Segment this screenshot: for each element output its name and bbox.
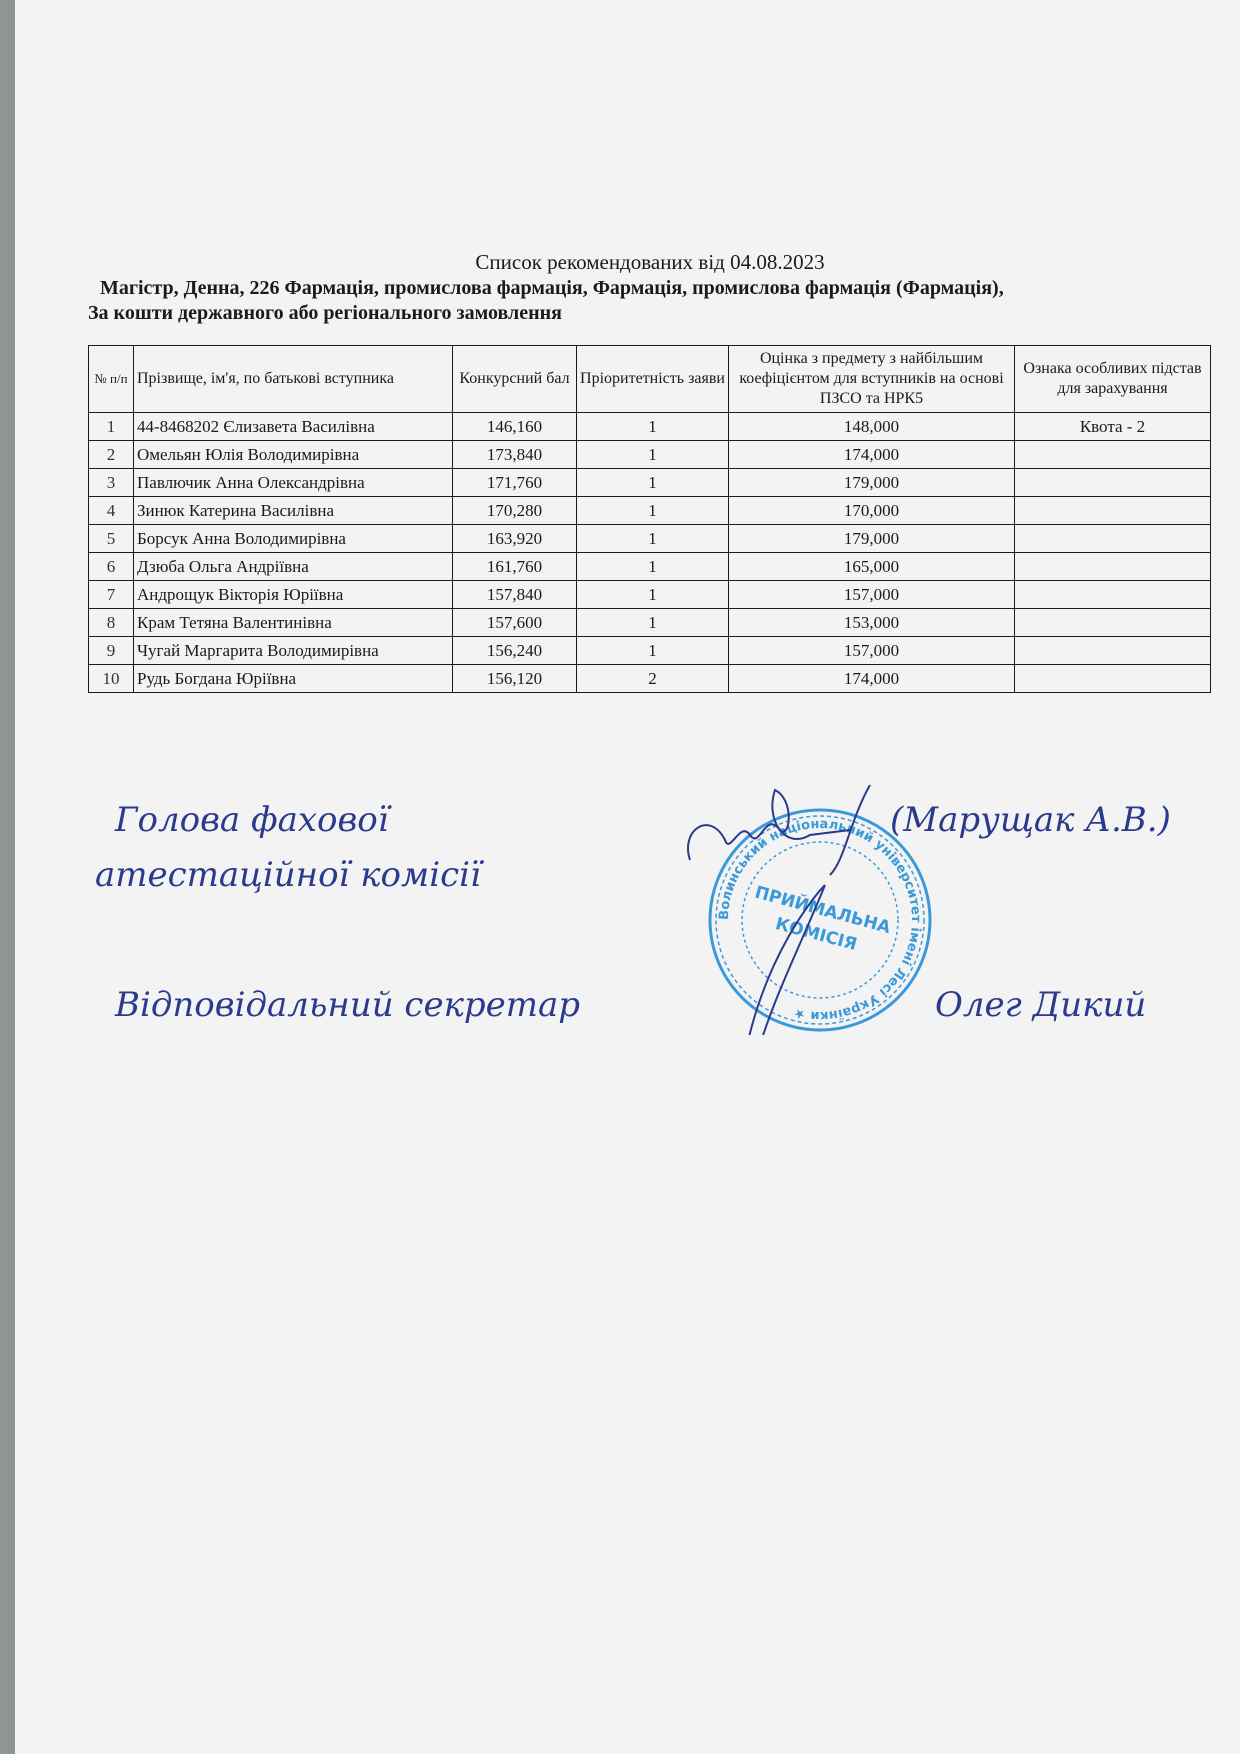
cell-score: 173,840	[453, 441, 577, 469]
cell-name: Омельян Юлія Володимирівна	[134, 441, 453, 469]
cell-priority: 1	[577, 469, 729, 497]
cell-priority: 1	[577, 609, 729, 637]
header-subject-score: Оцінка з предмету з найбільшим коефіцієн…	[729, 346, 1015, 413]
table-header-row: № п/п Прізвище, ім'я, по батькові вступн…	[89, 346, 1211, 413]
cell-score: 170,280	[453, 497, 577, 525]
document-subtitle: Магістр, Денна, 226 Фармація, промислова…	[100, 277, 1004, 300]
cell-special	[1015, 553, 1211, 581]
cell-priority: 1	[577, 637, 729, 665]
document-title: Список рекомендованих від 04.08.2023	[0, 250, 1240, 275]
header-name: Прізвище, ім'я, по батькові вступника	[134, 346, 453, 413]
table-row: 6Дзюба Ольга Андріївна161,7601165,000	[89, 553, 1211, 581]
cell-num: 2	[89, 441, 134, 469]
cell-score: 156,240	[453, 637, 577, 665]
cell-priority: 2	[577, 665, 729, 693]
header-priority: Пріоритетність заяви	[577, 346, 729, 413]
table-row: 8Крам Тетяна Валентинівна157,6001153,000	[89, 609, 1211, 637]
cell-name: Зинюк Катерина Василівна	[134, 497, 453, 525]
cell-num: 4	[89, 497, 134, 525]
cell-score: 157,840	[453, 581, 577, 609]
cell-subject-score: 170,000	[729, 497, 1015, 525]
cell-score: 146,160	[453, 413, 577, 441]
cell-subject-score: 179,000	[729, 525, 1015, 553]
recommended-list-table: № п/п Прізвище, ім'я, по батькові вступн…	[88, 345, 1211, 693]
cell-priority: 1	[577, 413, 729, 441]
cell-name: Андрощук Вікторія Юріївна	[134, 581, 453, 609]
cell-special	[1015, 497, 1211, 525]
chair-signature	[670, 780, 930, 890]
cell-priority: 1	[577, 497, 729, 525]
table-row: 3Павлючик Анна Олександрівна171,7601179,…	[89, 469, 1211, 497]
table-row: 7Андрощук Вікторія Юріївна157,8401157,00…	[89, 581, 1211, 609]
cell-special	[1015, 581, 1211, 609]
cell-score: 163,920	[453, 525, 577, 553]
secretary-title: Відповідальний секретар	[115, 985, 580, 1025]
cell-name: Чугай Маргарита Володимирівна	[134, 637, 453, 665]
cell-name: Павлючик Анна Олександрівна	[134, 469, 453, 497]
cell-score: 156,120	[453, 665, 577, 693]
cell-num: 10	[89, 665, 134, 693]
cell-subject-score: 174,000	[729, 441, 1015, 469]
cell-subject-score: 174,000	[729, 665, 1015, 693]
cell-num: 3	[89, 469, 134, 497]
cell-special	[1015, 525, 1211, 553]
cell-num: 1	[89, 413, 134, 441]
cell-name: Рудь Богдана Юріївна	[134, 665, 453, 693]
cell-special	[1015, 469, 1211, 497]
cell-subject-score: 153,000	[729, 609, 1015, 637]
secretary-name: Олег Дикий	[935, 985, 1146, 1025]
cell-num: 7	[89, 581, 134, 609]
header-score: Конкурсний бал	[453, 346, 577, 413]
cell-score: 157,600	[453, 609, 577, 637]
table-row: 9Чугай Маргарита Володимирівна156,240115…	[89, 637, 1211, 665]
cell-subject-score: 157,000	[729, 581, 1015, 609]
cell-num: 6	[89, 553, 134, 581]
document-funding: За кошти державного або регіонального за…	[88, 302, 562, 325]
chair-title-line1: Голова фахової	[115, 800, 389, 840]
cell-special	[1015, 441, 1211, 469]
cell-special	[1015, 609, 1211, 637]
cell-num: 5	[89, 525, 134, 553]
cell-priority: 1	[577, 525, 729, 553]
cell-subject-score: 179,000	[729, 469, 1015, 497]
cell-score: 161,760	[453, 553, 577, 581]
cell-subject-score: 157,000	[729, 637, 1015, 665]
chair-title-line2: атестаційної комісії	[95, 855, 481, 895]
cell-num: 9	[89, 637, 134, 665]
cell-special: Квота - 2	[1015, 413, 1211, 441]
table-row: 10Рудь Богдана Юріївна156,1202174,000	[89, 665, 1211, 693]
header-num: № п/п	[89, 346, 134, 413]
table-row: 144-8468202 Єлизавета Василівна146,16011…	[89, 413, 1211, 441]
cell-name: 44-8468202 Єлизавета Василівна	[134, 413, 453, 441]
cell-special	[1015, 637, 1211, 665]
table-row: 2Омельян Юлія Володимирівна173,8401174,0…	[89, 441, 1211, 469]
cell-subject-score: 165,000	[729, 553, 1015, 581]
cell-priority: 1	[577, 553, 729, 581]
table-row: 5Борсук Анна Володимирівна163,9201179,00…	[89, 525, 1211, 553]
cell-priority: 1	[577, 581, 729, 609]
header-special: Ознака особливих підстав для зарахування	[1015, 346, 1211, 413]
cell-priority: 1	[577, 441, 729, 469]
cell-name: Дзюба Ольга Андріївна	[134, 553, 453, 581]
cell-subject-score: 148,000	[729, 413, 1015, 441]
cell-score: 171,760	[453, 469, 577, 497]
table-row: 4Зинюк Катерина Василівна170,2801170,000	[89, 497, 1211, 525]
cell-num: 8	[89, 609, 134, 637]
cell-special	[1015, 665, 1211, 693]
cell-name: Крам Тетяна Валентинівна	[134, 609, 453, 637]
cell-name: Борсук Анна Володимирівна	[134, 525, 453, 553]
